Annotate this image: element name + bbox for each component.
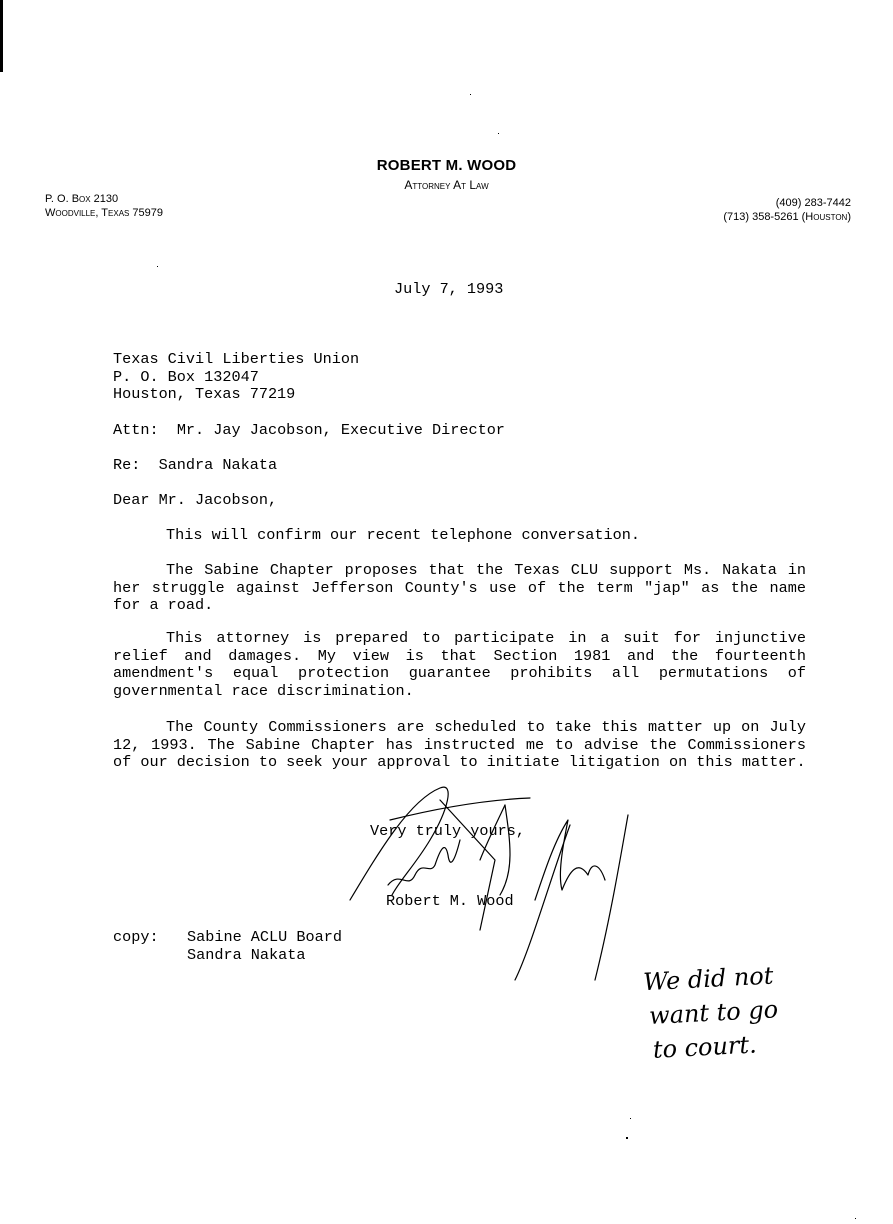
scan-speck	[157, 266, 158, 267]
paragraph-text: The Sabine Chapter proposes that the Tex…	[113, 561, 806, 614]
body-paragraph-1: This will confirm our recent telephone c…	[113, 527, 806, 545]
re-label: Re:	[113, 456, 140, 474]
paragraph-text: This will confirm our recent telephone c…	[166, 526, 640, 544]
scan-speck	[630, 1118, 631, 1119]
letterhead-title: Attorney At Law	[0, 178, 893, 192]
copy-recipients: Sabine ACLU BoardSandra Nakata	[187, 929, 342, 964]
paragraph-text: The County Commissioners are scheduled t…	[113, 718, 806, 771]
scan-speck	[855, 1218, 856, 1219]
re-line: Re: Sandra Nakata	[113, 457, 277, 475]
copy-recipient: Sabine ACLU Board	[187, 929, 342, 947]
letterhead-address: P. O. Box 2130Woodville, Texas 75979	[45, 192, 163, 220]
letterhead-phone1: (409) 283-7442	[723, 196, 851, 210]
paragraph-text: This attorney is prepared to participate…	[113, 629, 806, 700]
scan-edge-mark	[0, 0, 3, 72]
letter-date: July 7, 1993	[394, 281, 503, 299]
scan-speck	[470, 94, 471, 95]
letterhead-address-line2: Woodville, Texas 75979	[45, 206, 163, 220]
handwritten-note: We did not want to go to court.	[642, 955, 847, 1067]
copy-label: copy:	[113, 929, 159, 947]
scan-speck	[626, 1137, 628, 1139]
attn-line: Attn: Mr. Jay Jacobson, Executive Direct…	[113, 422, 505, 440]
letterhead-name: ROBERT M. WOOD	[0, 157, 893, 174]
recipient-line: P. O. Box 132047	[113, 369, 359, 387]
salutation: Dear Mr. Jacobson,	[113, 492, 277, 510]
body-paragraph-4: The County Commissioners are scheduled t…	[113, 719, 806, 772]
letterhead-address-line1: P. O. Box 2130	[45, 192, 163, 206]
body-paragraph-2: The Sabine Chapter proposes that the Tex…	[113, 562, 806, 615]
body-paragraph-3: This attorney is prepared to participate…	[113, 630, 806, 700]
scan-speck	[498, 133, 499, 134]
letterhead-phone2-note: (Houston)	[802, 211, 851, 223]
handwritten-signature	[330, 780, 680, 1000]
signer-name: Robert M. Wood	[386, 893, 514, 911]
letterhead-phone2-row: (713) 358-5261 (Houston)	[723, 210, 851, 224]
letterhead-phones: (409) 283-7442(713) 358-5261 (Houston)	[723, 196, 851, 224]
recipient-address: Texas Civil Liberties UnionP. O. Box 132…	[113, 351, 359, 404]
attn-label: Attn:	[113, 421, 159, 439]
recipient-line: Texas Civil Liberties Union	[113, 351, 359, 369]
attn-value: Mr. Jay Jacobson, Executive Director	[177, 421, 505, 439]
recipient-line: Houston, Texas 77219	[113, 386, 359, 404]
copy-recipient: Sandra Nakata	[187, 947, 342, 965]
re-value: Sandra Nakata	[159, 456, 277, 474]
letterhead-phone2: (713) 358-5261	[723, 211, 798, 223]
